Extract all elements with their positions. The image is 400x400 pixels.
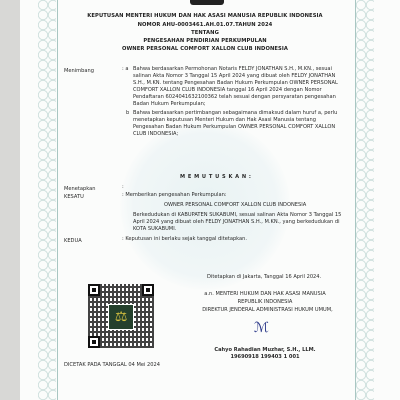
kesatu-label: KESATU <box>64 194 84 200</box>
kedua-text: : Keputusan ini berlaku sejak tanggal di… <box>122 236 247 243</box>
kedua-label: KEDUA <box>64 238 82 244</box>
signatory-nip: 19690918 199403 1 001 <box>205 354 325 361</box>
header-subject: PENGESAHAN PENDIRIAN PERKUMPULAN <box>60 38 350 44</box>
on-behalf: a.n. MENTERI HUKUM DAN HAK ASASI MANUSIA <box>200 291 330 298</box>
menetapkan-label: Menetapkan <box>64 186 95 192</box>
qr-finder-bl <box>88 336 100 348</box>
country: REPUBLIK INDONESIA <box>200 299 330 306</box>
printed-date: DICETAK PADA TANGGAL 04 Mei 2024 <box>64 362 160 369</box>
qr-finder-tr <box>142 284 154 296</box>
qr-finder-tl <box>88 284 100 296</box>
emblem-top <box>190 0 224 5</box>
ministry-logo-icon: ⚖ <box>108 304 134 330</box>
decorative-border-right <box>356 0 374 400</box>
item-a-marker: : a <box>122 66 128 73</box>
signature-mark: ℳ <box>254 320 269 336</box>
menetapkan-colon: : <box>122 184 124 191</box>
border-line-right <box>355 0 356 400</box>
memutuskan-heading: M E M U T U S K A N : <box>180 174 251 181</box>
header-number: NOMOR AHU-0003461.AH.01.07.TAHUN 2024 <box>60 22 350 28</box>
header-tentang: TENTANG <box>60 30 350 36</box>
place-date: Ditetapkan di Jakarta, Tanggal 16 April … <box>207 274 321 281</box>
header-org: OWNER PERSONAL COMFORT XALLON CLUB INDON… <box>60 46 350 52</box>
kesatu-line-3: KOTA SUKABUMI. <box>133 226 176 233</box>
header-title: KEPUTUSAN MENTERI HUKUM DAN HAK ASASI MA… <box>60 13 350 19</box>
decorative-border-left <box>38 0 56 400</box>
border-line-left <box>57 0 58 400</box>
menimbang-label: Menimbang <box>64 68 94 74</box>
item-a-line-6: Badan Hukum Perkumpulan; <box>133 101 206 108</box>
kesatu-org-name: OWNER PERSONAL COMFORT XALLON CLUB INDON… <box>164 202 306 209</box>
kesatu-intro: : Memberikan pengesahan Perkumpulan: <box>122 192 227 199</box>
position: DIREKTUR JENDERAL ADMINISTRASI HUKUM UMU… <box>195 307 340 314</box>
item-b-marker: b <box>126 110 129 117</box>
item-b-line-4: CLUB INDONESIA; <box>133 131 178 138</box>
